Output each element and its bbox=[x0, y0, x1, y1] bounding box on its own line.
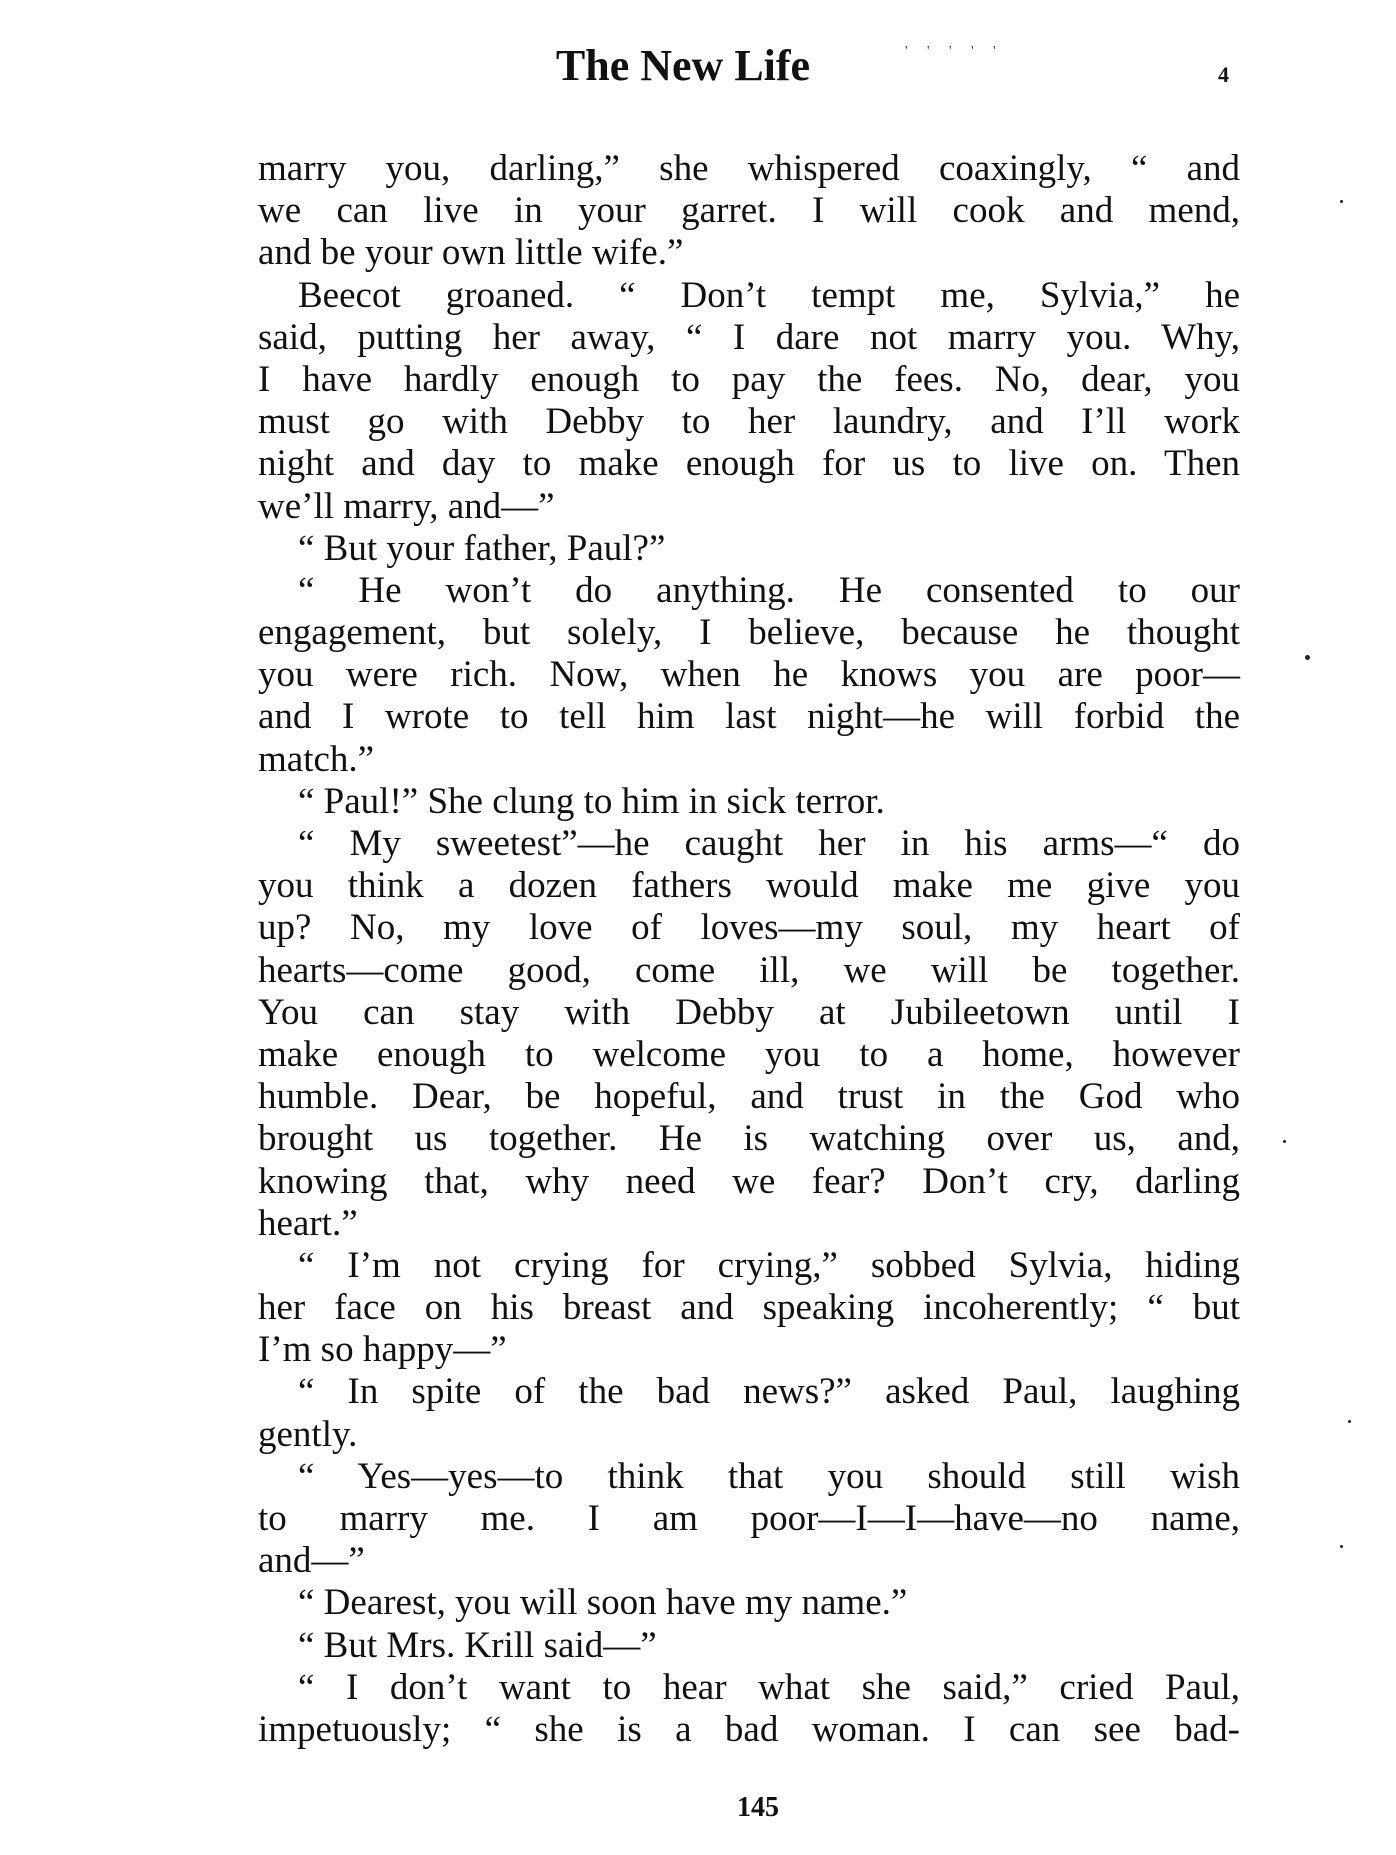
print-specks: ' ' ' ' ' bbox=[905, 44, 1004, 60]
text-line: night and day to make enough for us to l… bbox=[258, 443, 1240, 485]
text-line: “ He won’t do anything. He consented to … bbox=[258, 570, 1240, 612]
running-head: The New Life bbox=[0, 40, 1396, 91]
text-line: we can live in your garret. I will cook … bbox=[258, 190, 1240, 232]
text-line: must go with Debby to her laundry, and I… bbox=[258, 401, 1240, 443]
text-line: impetuously; “ she is a bad woman. I can… bbox=[258, 1709, 1240, 1751]
text-line: “ I don’t want to hear what she said,” c… bbox=[258, 1667, 1240, 1709]
text-line: brought us together. He is watching over… bbox=[258, 1118, 1240, 1160]
text-line: you think a dozen fathers would make me … bbox=[258, 865, 1240, 907]
text-line: You can stay with Debby at Jubileetown u… bbox=[258, 992, 1240, 1034]
text-line: I have hardly enough to pay the fees. No… bbox=[258, 359, 1240, 401]
text-line: gently. bbox=[258, 1414, 1240, 1456]
text-line: “ My sweetest”—he caught her in his arms… bbox=[258, 823, 1240, 865]
text-line: “ Dearest, you will soon have my name.” bbox=[258, 1582, 1240, 1624]
text-line: we’ll marry, and—” bbox=[258, 486, 1240, 528]
book-page: The New Life ' ' ' ' ' 4 marry you, darl… bbox=[0, 0, 1396, 1855]
text-line: marry you, darling,” she whispered coaxi… bbox=[258, 148, 1240, 190]
text-line: and—” bbox=[258, 1540, 1240, 1582]
text-line: her face on his breast and speaking inco… bbox=[258, 1287, 1240, 1329]
text-line: “ Paul!” She clung to him in sick terror… bbox=[258, 781, 1240, 823]
print-speck bbox=[1340, 200, 1343, 203]
text-line: “ But your father, Paul?” bbox=[258, 528, 1240, 570]
text-line: humble. Dear, be hopeful, and trust in t… bbox=[258, 1076, 1240, 1118]
page-number: 145 bbox=[60, 1792, 1396, 1824]
text-line: you were rich. Now, when he knows you ar… bbox=[258, 654, 1240, 696]
print-speck bbox=[1340, 1545, 1343, 1548]
text-line: make enough to welcome you to a home, ho… bbox=[258, 1034, 1240, 1076]
text-line: and be your own little wife.” bbox=[258, 232, 1240, 274]
text-line: Beecot groaned. “ Don’t tempt me, Sylvia… bbox=[258, 275, 1240, 317]
running-head-title: The New Life bbox=[556, 40, 810, 91]
text-line: up? No, my love of loves—my soul, my hea… bbox=[258, 907, 1240, 949]
text-line: “ Yes—yes—to think that you should still… bbox=[258, 1456, 1240, 1498]
text-line: “ In spite of the bad news?” asked Paul,… bbox=[258, 1371, 1240, 1413]
text-line: “ I’m not crying for crying,” sobbed Syl… bbox=[258, 1245, 1240, 1287]
print-speck bbox=[1348, 1420, 1351, 1423]
print-speck bbox=[1305, 655, 1310, 660]
text-line: engagement, but solely, I believe, becau… bbox=[258, 612, 1240, 654]
text-line: and I wrote to tell him last night—he wi… bbox=[258, 696, 1240, 738]
text-line: heart.” bbox=[258, 1203, 1240, 1245]
text-line: to marry me. I am poor—I—I—have—no name, bbox=[258, 1498, 1240, 1540]
text-line: hearts—come good, come ill, we will be t… bbox=[258, 950, 1240, 992]
running-head-mark: 4 bbox=[1218, 62, 1229, 88]
text-line: I’m so happy—” bbox=[258, 1329, 1240, 1371]
text-line: knowing that, why need we fear? Don’t cr… bbox=[258, 1161, 1240, 1203]
body-text: marry you, darling,” she whispered coaxi… bbox=[258, 148, 1240, 1751]
text-line: match.” bbox=[258, 739, 1240, 781]
text-line: said, putting her away, “ I dare not mar… bbox=[258, 317, 1240, 359]
text-line: “ But Mrs. Krill said—” bbox=[258, 1625, 1240, 1667]
print-speck bbox=[1283, 1140, 1286, 1143]
